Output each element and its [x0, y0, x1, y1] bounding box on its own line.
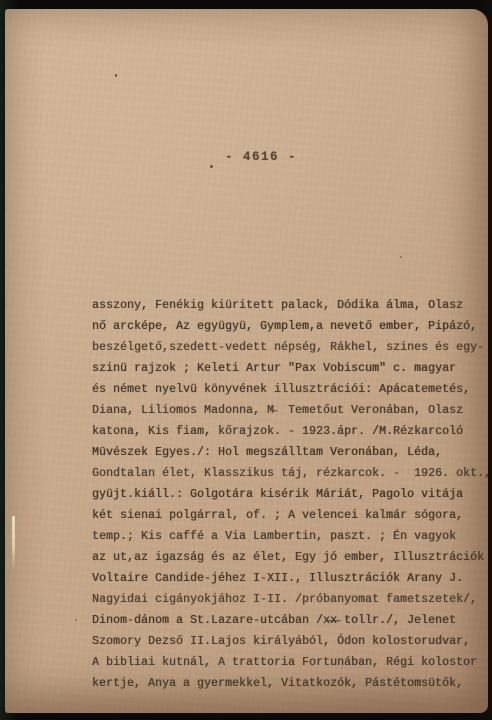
text-line: Szomory Dezső II.Lajos királyából, Ódon …	[92, 631, 477, 652]
scanned-page: - 4616 - asszony, Fenékig kiüritett pala…	[0, 0, 492, 720]
text-line: és német nyelvü könyvének illusztrációi:…	[92, 379, 477, 400]
text-line: nő arcképe, Az együgyü, Gymplem,a nevető…	[92, 316, 477, 337]
text-line: Voltaire Candide-jéhez I-XII., Illusztrá…	[92, 568, 477, 589]
text-line: beszélgető,szedett-vedett népség, Rákhel…	[92, 337, 477, 358]
scratch-mark	[12, 516, 15, 570]
text-line: Diana, Liliomos Madonna, M̶ Temetőut Ver…	[92, 400, 477, 421]
text-line: temp.; Kis caffé a Via Lambertin, paszt.…	[92, 526, 477, 547]
text-line: az ut,az igazság és az élet, Egy jó embe…	[92, 547, 477, 568]
text-line: Nagyidai cigányokjához I-II. /próbanyoma…	[92, 589, 477, 610]
text-line: asszony, Fenékig kiüritett palack, Dódik…	[92, 295, 477, 316]
typewritten-text-block: asszony, Fenékig kiüritett palack, Dódik…	[92, 295, 477, 694]
text-line: két sienai polgárral, of. ; A velencei k…	[92, 505, 477, 526]
text-line: szinü rajzok ; Keleti Artur "Pax Vobiscu…	[92, 358, 477, 379]
text-line: Dinom-dánom a St.Lazare-utcában /x̶x̶ to…	[92, 610, 477, 631]
paper-speck	[400, 256, 402, 258]
text-line: katona, Kis fiam, kőrajzok. - 1923.ápr. …	[92, 421, 477, 442]
text-line: Müvészek Egyes./: Hol megszálltam Veroná…	[92, 442, 477, 463]
page-number: - 4616 -	[225, 150, 297, 164]
text-line: kertje, Anya a gyermekkel, Vitatkozók, P…	[92, 673, 477, 694]
text-line: Gondtalan élet, Klasszikus táj, rézkarco…	[92, 463, 477, 484]
paper-speck	[115, 74, 117, 77]
text-line: A bibliai kutnál, A trattoria Fortunában…	[92, 652, 477, 673]
paper-speck	[75, 619, 77, 621]
paper-speck	[210, 165, 213, 168]
text-line: gyüjt.kiáll.: Golgotára kisérik Máriát, …	[92, 484, 477, 505]
